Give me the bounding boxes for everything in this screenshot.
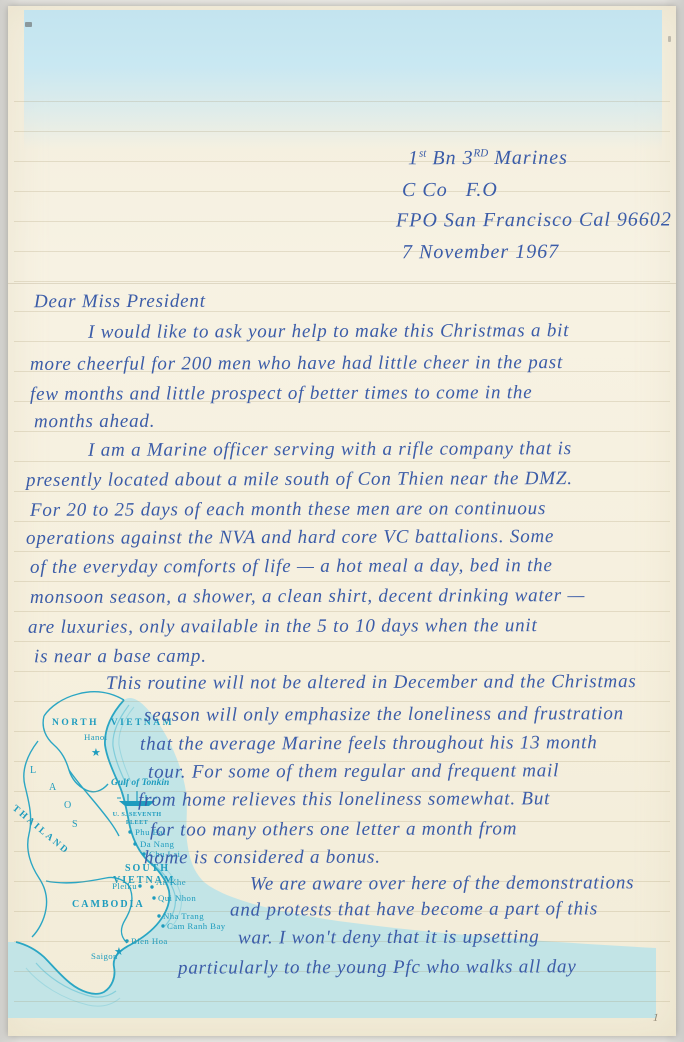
body-line: are luxuries, only available in the 5 to… bbox=[28, 616, 538, 637]
body-line: operations against the NVA and hard core… bbox=[26, 527, 554, 548]
body-line: I am a Marine officer serving with a rif… bbox=[88, 439, 572, 460]
scanned-letter-screenshot: { "colors": { "ink": "#3b5ca8", "map_lin… bbox=[0, 0, 684, 1042]
saigon-star-icon: ★ bbox=[114, 946, 124, 958]
label-laos-o: O bbox=[64, 800, 71, 811]
header-date-line: 7 November 1967 bbox=[402, 242, 559, 263]
label-nha-trang: Nha Trang bbox=[163, 911, 204, 921]
label-fleet: FLEET bbox=[126, 819, 149, 826]
label-cam-ranh-bay: Cam Ranh Bay bbox=[167, 921, 226, 931]
label-qui-nhon: Qui Nhon bbox=[158, 893, 196, 903]
label-hanoi: Hanoi bbox=[84, 732, 108, 742]
body-line: few months and little prospect of better… bbox=[30, 383, 533, 404]
header-address-line: FPO San Francisco Cal 96602 bbox=[396, 210, 672, 231]
body-line: particularly to the young Pfc who walks … bbox=[178, 957, 577, 977]
body-line: of the everyday comforts of life — a hot… bbox=[30, 556, 553, 577]
page-number: 1 bbox=[653, 1012, 659, 1024]
body-line: This routine will not be altered in Dece… bbox=[106, 672, 637, 693]
body-line: presently located about a mile south of … bbox=[26, 469, 573, 490]
label-laos-l: L bbox=[30, 765, 36, 776]
body-line: months ahead. bbox=[34, 412, 155, 431]
body-line: that the average Marine feels throughout… bbox=[140, 733, 598, 754]
header-unit-line: 1st Bn 3RD Marines bbox=[408, 148, 568, 169]
hanoi-star-icon: ★ bbox=[91, 747, 101, 759]
body-line: is near a base camp. bbox=[34, 647, 207, 667]
letter-page: NORTH VIETNAM Hanoi ★ L A O S THAILAND G… bbox=[8, 6, 676, 1036]
body-line: For 20 to 25 days of each month these me… bbox=[30, 499, 546, 520]
label-bien-hoa: Bien Hoa bbox=[131, 936, 168, 946]
body-line: I would like to ask your help to make th… bbox=[88, 321, 569, 342]
body-line: season will only emphasize the lonelines… bbox=[144, 704, 624, 725]
label-thailand: THAILAND bbox=[10, 804, 71, 857]
body-line: more cheerful for 200 men who have had l… bbox=[30, 353, 563, 374]
header-company-line: C Co F.O bbox=[402, 180, 498, 200]
label-laos-s: S bbox=[72, 819, 78, 830]
label-pleiku: Pleiku bbox=[112, 881, 137, 891]
label-an-khe: An Khe bbox=[156, 877, 186, 887]
body-line: from home relieves this loneliness somew… bbox=[138, 789, 550, 809]
fold-crease bbox=[8, 283, 676, 284]
stationery-blue-band bbox=[24, 10, 662, 150]
scan-smudge bbox=[668, 36, 671, 42]
body-line: home is considered a bonus. bbox=[144, 848, 381, 868]
label-laos-a: A bbox=[49, 782, 57, 793]
body-line: for too many others one letter a month f… bbox=[150, 819, 517, 839]
label-us-seventh: U. S. SEVENTH bbox=[113, 811, 162, 818]
scan-smudge bbox=[25, 22, 32, 27]
body-line: and protests that have become a part of … bbox=[230, 899, 598, 919]
body-line: We are aware over here of the demonstrat… bbox=[250, 873, 634, 893]
body-line: tour. For some of them regular and frequ… bbox=[148, 761, 559, 781]
label-cambodia: CAMBODIA bbox=[72, 899, 145, 910]
body-line: monsoon season, a shower, a clean shirt,… bbox=[30, 586, 585, 607]
salutation: Dear Miss President bbox=[34, 292, 206, 312]
body-line: war. I won't deny that it is upsetting bbox=[238, 927, 540, 947]
